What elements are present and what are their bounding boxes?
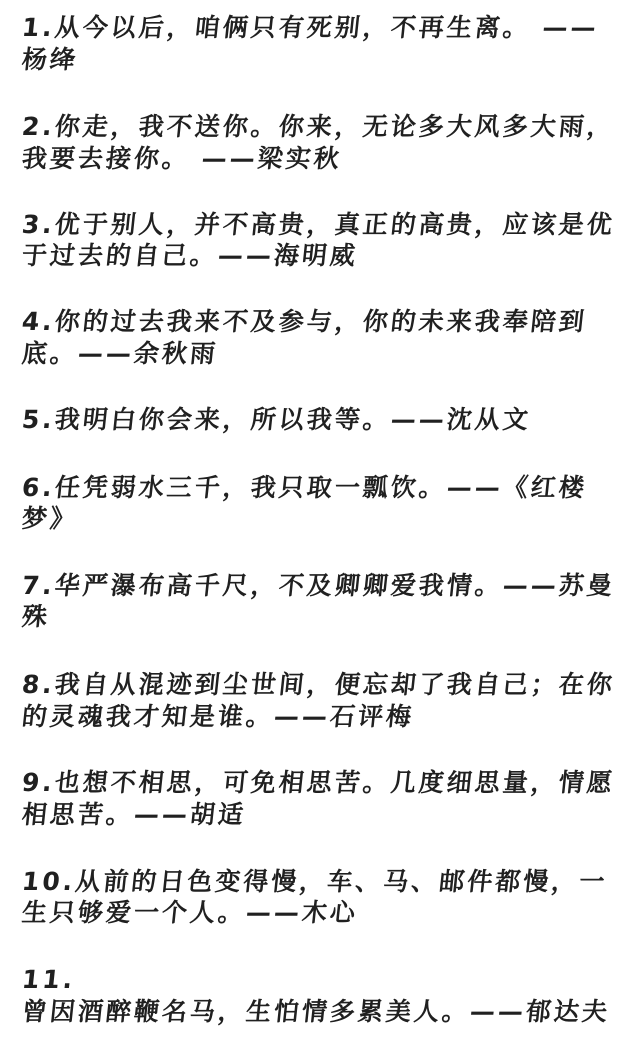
quote-5-line-1: 5.我明白你会来，所以我等。——沈从文 [20, 404, 532, 436]
quote-7-line-1: 7.华严瀑布高千尺，不及卿卿爱我情。——苏曼 [20, 570, 616, 602]
quotes-document: 1.从今以后，咱俩只有死别，不再生离。 —— 杨绛 2.你走，我不送你。你来，无… [0, 0, 640, 1058]
quote-3-line-1: 3.优于别人，并不高贵，真正的高贵，应该是优 [20, 209, 616, 241]
quote-11-line-2: 曾因酒醉鞭名马，生怕情多累美人。——郁达夫 [20, 996, 611, 1028]
quote-9-line-2: 相思苦。——胡适 [20, 799, 247, 831]
quote-1-line-1: 1.从今以后，咱俩只有死别，不再生离。 —— [20, 12, 600, 44]
quote-7-line-2: 殊 [20, 601, 51, 633]
quote-2-line-1: 2.你走，我不送你。你来，无论多大风多大雨， [20, 111, 616, 143]
quote-10-line-2: 生只够爱一个人。——木心 [20, 897, 359, 929]
quote-3-line-2: 于过去的自己。——海明威 [20, 240, 359, 272]
quote-9-line-1: 9.也想不相思，可免相思苦。几度细思量，情愿 [20, 767, 616, 799]
quote-6-line-2: 梦》 [20, 503, 79, 535]
quote-4-line-1: 4.你的过去我来不及参与，你的未来我奉陪到 [20, 306, 588, 338]
quote-6-line-1: 6.任凭弱水三千，我只取一瓢饮。——《红楼 [20, 472, 588, 504]
quote-11-line-1: 11. [20, 964, 77, 996]
quote-2-line-2: 我要去接你。 ——梁实秋 [20, 143, 343, 175]
quote-4-line-2: 底。——余秋雨 [20, 338, 219, 370]
quote-1-line-2: 杨绛 [20, 44, 79, 76]
quote-8-line-2: 的灵魂我才知是谁。——石评梅 [20, 701, 415, 733]
quote-8-line-1: 8.我自从混迹到尘世间，便忘却了我自己；在你 [20, 669, 616, 701]
quote-10-line-1: 10.从前的日色变得慢，车、马、邮件都慢，一 [20, 866, 609, 898]
